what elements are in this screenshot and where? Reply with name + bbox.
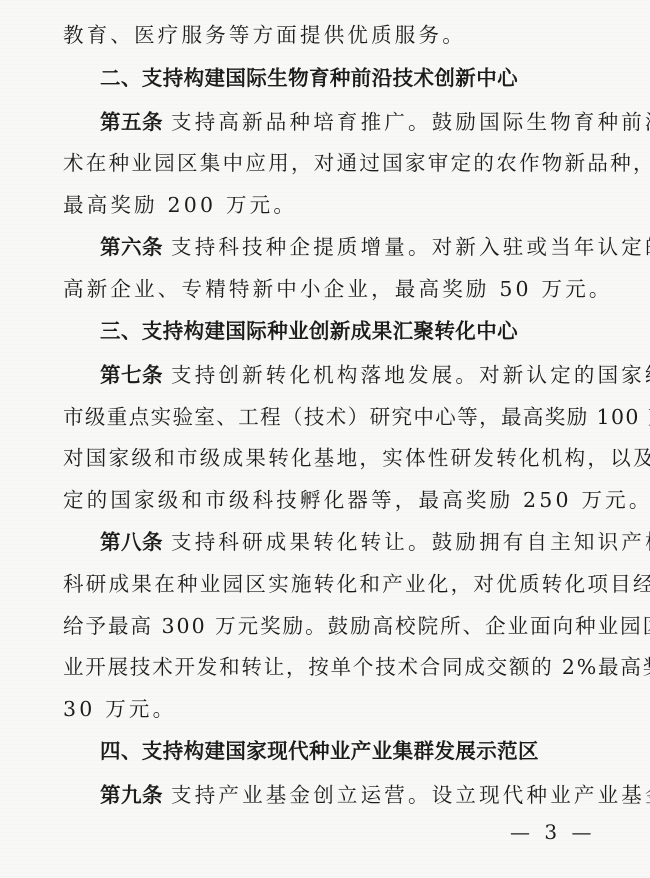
article-text: 支持科技种企提质增量。对新入驻或当年认定的国 <box>171 235 650 259</box>
article-text: 支持科研成果转化转让。鼓励拥有自主知识产权的 <box>171 530 650 554</box>
article-9-line: 第九条支持产业基金创立运营。设立现代种业产业基金， <box>100 780 620 810</box>
page-number: — 3 — <box>510 820 595 844</box>
section-heading-4: 四、支持构建国家现代种业产业集群发展示范区 <box>100 736 620 766</box>
article-8-line: 第八条支持科研成果转化转让。鼓励拥有自主知识产权的 <box>100 527 620 557</box>
body-line: 对国家级和市级成果转化基地，实体性研发转化机构，以及新认 <box>63 443 583 473</box>
article-number: 第五条 <box>100 110 163 134</box>
article-number: 第六条 <box>100 235 163 259</box>
article-number: 第八条 <box>100 530 163 554</box>
document-page: 教育、医疗服务等方面提供优质服务。 二、支持构建国际生物育种前沿技术创新中心 第… <box>0 0 650 878</box>
article-6-line: 第六条支持科技种企提质增量。对新入驻或当年认定的国 <box>100 232 620 262</box>
body-line: 定的国家级和市级科技孵化器等，最高奖励 250 万元。 <box>63 485 583 515</box>
body-line: 教育、医疗服务等方面提供优质服务。 <box>63 20 583 50</box>
article-text: 支持创新转化机构落地发展。对新认定的国家级和 <box>171 363 650 387</box>
section-heading-2: 二、支持构建国际生物育种前沿技术创新中心 <box>100 63 620 93</box>
body-line: 最高奖励 200 万元。 <box>63 190 583 220</box>
article-text: 支持高新品种培育推广。鼓励国际生物育种前沿技 <box>171 110 650 134</box>
body-line: 术在种业园区集中应用，对通过国家审定的农作物新品种，每个 <box>63 148 583 178</box>
body-line: 高新企业、专精特新中小企业，最高奖励 50 万元。 <box>63 274 583 304</box>
section-heading-3: 三、支持构建国际种业创新成果汇聚转化中心 <box>100 316 620 346</box>
article-text: 支持产业基金创立运营。设立现代种业产业基金， <box>171 783 650 807</box>
article-number: 第九条 <box>100 783 163 807</box>
body-line: 市级重点实验室、工程（技术）研究中心等，最高奖励 100 万元。 <box>63 402 583 432</box>
body-line: 科研成果在种业园区实施转化和产业化，对优质转化项目经评审 <box>63 569 583 599</box>
body-line: 给予最高 300 万元奖励。鼓励高校院所、企业面向种业园区内企 <box>63 611 583 641</box>
article-7-line: 第七条支持创新转化机构落地发展。对新认定的国家级和 <box>100 360 620 390</box>
article-number: 第七条 <box>100 363 163 387</box>
body-line: 30 万元。 <box>63 694 583 724</box>
body-line: 业开展技术开发和转让，按单个技术合同成交额的 2%最高奖励 <box>63 652 583 682</box>
article-5-line: 第五条支持高新品种培育推广。鼓励国际生物育种前沿技 <box>100 107 620 137</box>
